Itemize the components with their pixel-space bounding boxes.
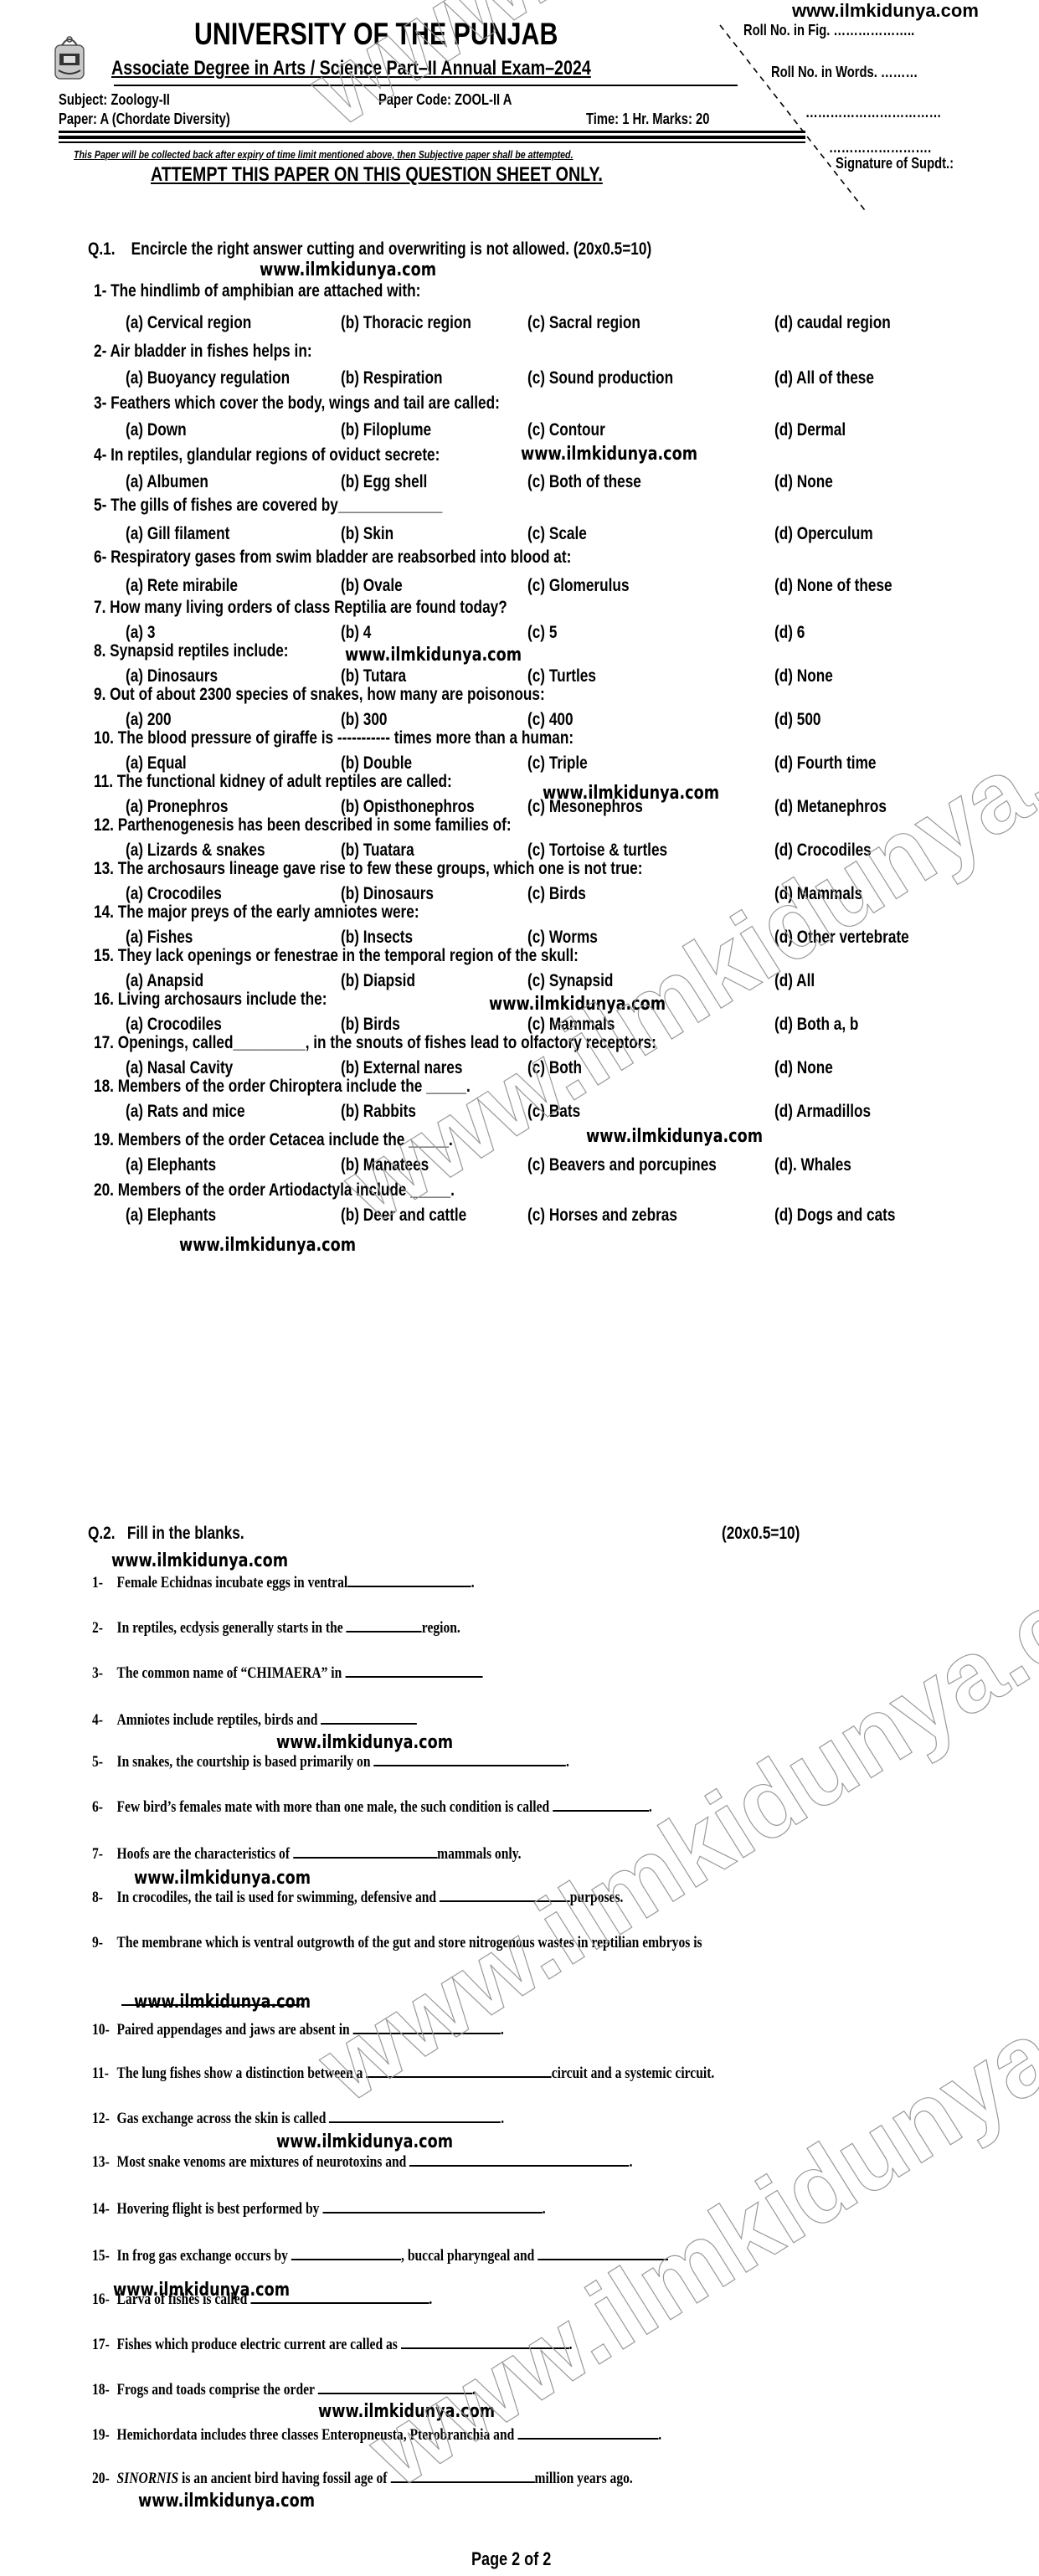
- mcq-option-12-d[interactable]: (d) Crocodiles: [774, 841, 892, 861]
- blank-answer-11[interactable]: [366, 2064, 551, 2078]
- mcq-question-13: 13. The archosaurs lineage gave rise to …: [94, 859, 763, 879]
- fill-blank-question-20: 20-SINORNIS is an ancient bird having fo…: [92, 2470, 752, 2488]
- mcq-question-6: 6- Respiratory gases from swim bladder a…: [94, 548, 676, 568]
- mcq-question-5: 5- The gills of fishes are covered by___…: [94, 496, 519, 516]
- mcq-option-17-a[interactable]: (a) Nasal Cavity: [126, 1058, 256, 1078]
- mcq-question-8: 8. Synapsid reptiles include:: [94, 641, 332, 661]
- mcq-option-14-d[interactable]: (d) Other vertebrate: [774, 928, 939, 948]
- mcq-option-18-b[interactable]: (b) Rabbits: [341, 1102, 433, 1122]
- mcq-option-15-a[interactable]: (a) Anapsid: [126, 971, 221, 991]
- mcq-option-14-b[interactable]: (b) Insects: [341, 928, 429, 948]
- mcq-option-6-b[interactable]: (b) Ovale: [341, 576, 416, 596]
- mcq-option-1-a[interactable]: (a) Cervical region: [126, 313, 279, 333]
- mcq-option-5-b[interactable]: (b) Skin: [341, 524, 405, 544]
- mcq-option-5-c[interactable]: (c) Scale: [527, 524, 599, 544]
- blank-answer-19[interactable]: [517, 2426, 658, 2440]
- mcq-option-1-b[interactable]: (b) Thoracic region: [341, 313, 500, 333]
- mcq-option-2-c[interactable]: (c) Sound production: [527, 368, 705, 388]
- mcq-option-11-b[interactable]: (b) Opisthonephros: [341, 797, 504, 817]
- mcq-option-6-d[interactable]: (d) None of these: [774, 576, 918, 596]
- site-watermark-label: www.ilmkidunya.com: [134, 1992, 311, 2013]
- fill-blank-question-7: 7-Hoofs are the characteristics of mamma…: [92, 1845, 615, 1864]
- blank-answer-15-b[interactable]: [538, 2247, 668, 2260]
- header-rule: [59, 141, 805, 143]
- blank-answer-15[interactable]: [291, 2247, 401, 2260]
- mcq-option-17-c[interactable]: (c) Both: [527, 1058, 594, 1078]
- mcq-option-7-b[interactable]: (b) 4: [341, 623, 378, 643]
- fill-blank-question-8: 8-In crocodiles, the tail is used for sw…: [92, 1889, 740, 1907]
- site-watermark-label: www.ilmkidunya.com: [138, 2491, 315, 2512]
- q1-heading: Q.1. Encircle the right answer cutting a…: [88, 239, 775, 260]
- fill-blank-question-17: 17-Fishes which produce electric current…: [92, 2336, 677, 2354]
- fill-blank-question-14: 14-Hovering flight is best performed by …: [92, 2200, 646, 2219]
- fill-blank-question-15: 15-In frog gas exchange occurs by , bucc…: [92, 2247, 795, 2265]
- fill-blank-question-6: 6-Few bird’s females mate with more than…: [92, 1798, 775, 1817]
- mcq-option-10-a[interactable]: (a) Equal: [126, 753, 200, 774]
- mcq-option-19-c[interactable]: (c) Beavers and porcupines: [527, 1155, 758, 1175]
- mcq-option-7-c[interactable]: (c) 5: [527, 623, 563, 643]
- mcq-option-16-a[interactable]: (a) Crocodiles: [126, 1015, 243, 1035]
- mcq-option-8-c[interactable]: (c) Turtles: [527, 666, 611, 686]
- mcq-option-4-b[interactable]: (b) Egg shell: [341, 472, 446, 492]
- mcq-option-20-a[interactable]: (a) Elephants: [126, 1206, 236, 1226]
- mcq-option-12-a[interactable]: (a) Lizards & snakes: [126, 841, 296, 861]
- site-watermark-label: www.ilmkidunya.com: [134, 1868, 311, 1889]
- mcq-option-3-b[interactable]: (b) Filoplume: [341, 420, 451, 440]
- fill-blank-question-12: 12-Gas exchange across the skin is calle…: [92, 2110, 594, 2128]
- mcq-option-20-c[interactable]: (c) Horses and zebras: [527, 1206, 710, 1226]
- mcq-question-3: 3- Feathers which cover the body, wings …: [94, 393, 589, 414]
- fill-blank-question-3: 3-The common name of “CHIMAERA” in: [92, 1664, 568, 1683]
- mcq-option-12-c[interactable]: (c) Tortoise & turtles: [527, 841, 698, 861]
- fill-blank-question-18: 18-Frogs and toads comprise the order .: [92, 2381, 559, 2399]
- mcq-question-2: 2- Air bladder in fishes helps in:: [94, 342, 360, 362]
- mcq-option-16-d[interactable]: (d) Both a, b: [774, 1015, 877, 1035]
- mcq-option-10-c[interactable]: (c) Triple: [527, 753, 601, 774]
- mcq-question-17: 17. Openings, called_________, in the sn…: [94, 1033, 779, 1053]
- paper-label: Paper: A (Chordate Diversity): [59, 111, 268, 128]
- mcq-question-15: 15. They lack openings or fenestrae in t…: [94, 946, 685, 966]
- mcq-question-10: 10. The blood pressure of giraffe is ---…: [94, 728, 679, 748]
- mcq-option-5-d[interactable]: (d) Operculum: [774, 524, 895, 544]
- roll-number-words-field[interactable]: Roll No. in Words. ………: [771, 64, 950, 81]
- mcq-question-14: 14. The major preys of the early amniote…: [94, 902, 491, 923]
- mcq-question-16: 16. Living archosaurs include the:: [94, 990, 378, 1010]
- mcq-option-15-d[interactable]: (d) All: [774, 971, 824, 991]
- mcq-option-4-c[interactable]: (c) Both of these: [527, 472, 666, 492]
- mcq-option-17-b[interactable]: (b) External nares: [341, 1058, 489, 1078]
- mcq-option-2-a[interactable]: (a) Buoyancy regulation: [126, 368, 326, 388]
- q2-marks: (20x0.5=10): [722, 1524, 817, 1544]
- blank-answer-18[interactable]: [318, 2381, 473, 2394]
- site-watermark-label: www.ilmkidunya.com: [521, 444, 697, 465]
- mcq-option-3-a[interactable]: (a) Down: [126, 420, 200, 440]
- site-watermark-label: www.ilmkidunya.com: [276, 2131, 453, 2152]
- mcq-option-4-d[interactable]: (d) None: [774, 472, 846, 492]
- mcq-question-4: 4- In reptiles, glandular regions of ovi…: [94, 445, 516, 465]
- mcq-option-8-a[interactable]: (a) Dinosaurs: [126, 666, 238, 686]
- university-title: UNIVERSITY OF THE PUNJAB: [194, 17, 638, 52]
- mcq-option-15-b[interactable]: (b) Diapsid: [341, 971, 432, 991]
- blank-answer-7[interactable]: [293, 1845, 437, 1859]
- site-watermark-label: www.ilmkidunya.com: [276, 1732, 453, 1753]
- roll-number-figures-field[interactable]: Roll No. in Fig. ………………..: [743, 22, 952, 39]
- mcq-option-13-d[interactable]: (d) Mammals: [774, 884, 882, 904]
- site-watermark-label: www.ilmkidunya.com: [489, 994, 666, 1015]
- mcq-option-8-d[interactable]: (d) None: [774, 666, 846, 686]
- blank-answer-4[interactable]: [321, 1711, 417, 1725]
- mcq-option-17-d[interactable]: (d) None: [774, 1058, 846, 1078]
- mcq-option-15-c[interactable]: (c) Synapsid: [527, 971, 632, 991]
- site-watermark-label: www.ilmkidunya.com: [345, 645, 522, 666]
- mcq-option-14-c[interactable]: (c) Worms: [527, 928, 613, 948]
- mcq-option-11-d[interactable]: (d) Metanephros: [774, 797, 911, 817]
- mcq-option-10-b[interactable]: (b) Double: [341, 753, 428, 774]
- mcq-option-9-c[interactable]: (c) 400: [527, 710, 584, 730]
- mcq-option-19-b[interactable]: (b) Manatees: [341, 1155, 448, 1175]
- site-url-top[interactable]: www.ilmkidunya.com: [792, 0, 979, 22]
- mcq-option-8-b[interactable]: (b) Tutara: [341, 666, 420, 686]
- mcq-option-9-d[interactable]: (d) 500: [774, 710, 831, 730]
- blank-answer-3[interactable]: [345, 1664, 482, 1678]
- fill-blank-question-13: 13-Most snake venoms are mixtures of neu…: [92, 2153, 751, 2172]
- mcq-question-19: 19. Members of the order Cetacea include…: [94, 1130, 532, 1150]
- mcq-option-9-a[interactable]: (a) 200: [126, 710, 182, 730]
- mcq-option-1-d[interactable]: (d) caudal region: [774, 313, 916, 333]
- exam-paper-page: www.ilmkidunya.com UNIVERSITY OF THE PUN…: [0, 0, 1039, 2576]
- mcq-option-3-d[interactable]: (d) Dermal: [774, 420, 862, 440]
- mcq-option-12-b[interactable]: (b) Tuatara: [341, 841, 430, 861]
- mcq-option-13-b[interactable]: (b) Dinosaurs: [341, 884, 454, 904]
- mcq-option-9-b[interactable]: (b) 300: [341, 710, 398, 730]
- site-watermark-label: www.ilmkidunya.com: [260, 260, 436, 280]
- mcq-option-20-b[interactable]: (b) Deer and cattle: [341, 1206, 494, 1226]
- mcq-question-9: 9. Out of about 2300 species of snakes, …: [94, 685, 644, 705]
- blank-answer-17[interactable]: [401, 2336, 569, 2349]
- blank-answer-5[interactable]: [373, 1753, 566, 1766]
- mcq-option-6-c[interactable]: (c) Glomerulus: [527, 576, 651, 596]
- site-watermark-label: www.ilmkidunya.com: [318, 2401, 495, 2422]
- mcq-option-13-c[interactable]: (c) Birds: [527, 884, 599, 904]
- blank-answer-13[interactable]: [409, 2153, 629, 2167]
- fill-blank-question-1: 1-Female Echidnas incubate eggs in ventr…: [92, 1574, 558, 1592]
- fill-blank-question-19: 19-Hemichordata includes three classes E…: [92, 2426, 786, 2445]
- site-watermark-label: www.ilmkidunya.com: [113, 2280, 290, 2301]
- mcq-option-14-a[interactable]: (a) Fishes: [126, 928, 208, 948]
- signature-line[interactable]: …………………….: [829, 139, 954, 157]
- page-number: Page 2 of 2: [471, 2548, 568, 2570]
- mcq-option-19-a[interactable]: (a) Elephants: [126, 1155, 236, 1175]
- blank-answer-8[interactable]: [440, 1889, 570, 1902]
- mcq-option-16-c[interactable]: (c) Mammals: [527, 1015, 634, 1035]
- collection-notice: This Paper will be collected back after …: [74, 148, 682, 161]
- mcq-option-20-d[interactable]: (d) Dogs and cats: [774, 1206, 922, 1226]
- mcq-option-7-a[interactable]: (a) 3: [126, 623, 162, 643]
- mcq-option-2-d[interactable]: (d) All of these: [774, 368, 896, 388]
- mcq-question-20: 20. Members of the order Artiodactyla in…: [94, 1180, 534, 1201]
- blank-answer-1[interactable]: [347, 1574, 471, 1587]
- blank-answer-10[interactable]: [353, 2021, 501, 2034]
- mcq-option-5-a[interactable]: (a) Gill filament: [126, 524, 253, 544]
- mcq-option-13-a[interactable]: (a) Crocodiles: [126, 884, 243, 904]
- mcq-option-11-a[interactable]: (a) Pronephros: [126, 797, 250, 817]
- fill-blank-question-4: 4-Amniotes include reptiles, birds and: [92, 1711, 488, 1730]
- mcq-question-11: 11. The functional kidney of adult repti…: [94, 772, 531, 792]
- mcq-option-18-d[interactable]: (d) Armadillos: [774, 1102, 892, 1122]
- attempt-instruction: ATTEMPT THIS PAPER ON THIS QUESTION SHEE…: [151, 163, 702, 187]
- exam-title-underline: [114, 85, 738, 86]
- mcq-option-18-c[interactable]: (c) Bats: [527, 1102, 592, 1122]
- mcq-question-18: 18. Members of the order Chiroptera incl…: [94, 1077, 553, 1097]
- q2-heading: Q.2. Fill in the blanks.: [88, 1524, 279, 1544]
- site-watermark-label: www.ilmkidunya.com: [179, 1235, 356, 1256]
- site-watermark-label: www.ilmkidunya.com: [586, 1126, 763, 1147]
- header-rule: [59, 136, 805, 139]
- signature-supdt-label: Signature of Supdt.:: [836, 155, 980, 172]
- blank-answer-2[interactable]: [347, 1619, 422, 1632]
- blank-answer-12[interactable]: [329, 2110, 501, 2123]
- university-crest-icon: [52, 33, 87, 84]
- mcq-option-2-b[interactable]: (b) Respiration: [341, 368, 465, 388]
- fill-blank-question-11: 11-The lung fishes show a distinction be…: [92, 2064, 851, 2083]
- mcq-option-6-a[interactable]: (a) Rete mirabile: [126, 576, 262, 596]
- mcq-option-4-a[interactable]: (a) Albumen: [126, 472, 227, 492]
- blank-answer-6[interactable]: [553, 1798, 649, 1812]
- mcq-option-3-c[interactable]: (c) Contour: [527, 420, 622, 440]
- mcq-option-1-c[interactable]: (c) Sacral region: [527, 313, 666, 333]
- fill-blank-question-2: 2-In reptiles, ecdysis generally starts …: [92, 1619, 541, 1638]
- fill-blank-question-9: 9-The membrane which is ventral outgrowt…: [92, 1934, 836, 1952]
- mcq-option-16-b[interactable]: (b) Birds: [341, 1015, 413, 1035]
- mcq-question-7: 7. How many living orders of class Repti…: [94, 598, 598, 618]
- site-watermark-label: www.ilmkidunya.com: [111, 1550, 288, 1571]
- mcq-option-18-a[interactable]: (a) Rats and mice: [126, 1102, 271, 1122]
- roll-number-words-continuation[interactable]: ……………………………: [805, 104, 971, 121]
- mcq-question-1: 1- The hindlimb of amphibian are attache…: [94, 281, 492, 301]
- exam-title: Associate Degree in Arts / Science Part–…: [111, 57, 697, 80]
- time-marks-label: Time: 1 Hr. Marks: 20: [586, 111, 737, 128]
- blank-answer-14[interactable]: [322, 2200, 542, 2214]
- fill-blank-question-10: 10-Paired appendages and jaws are absent…: [92, 2021, 594, 2039]
- fill-blank-question-5: 5-In snakes, the courtship is based prim…: [92, 1753, 674, 1771]
- header-rule: [59, 131, 805, 133]
- mcq-question-12: 12. Parthenogenesis has been described i…: [94, 815, 603, 836]
- mcq-option-19-d[interactable]: (d). Whales: [774, 1155, 868, 1175]
- mcq-option-10-d[interactable]: (d) Fourth time: [774, 753, 898, 774]
- mcq-option-7-d[interactable]: (d) 6: [774, 623, 811, 643]
- paper-code-label: Paper Code: ZOOL-II A: [378, 91, 541, 109]
- blank-answer-20[interactable]: [390, 2470, 534, 2483]
- subject-label: Subject: Zoology-II: [59, 91, 194, 109]
- site-watermark-label: www.ilmkidunya.com: [543, 783, 719, 804]
